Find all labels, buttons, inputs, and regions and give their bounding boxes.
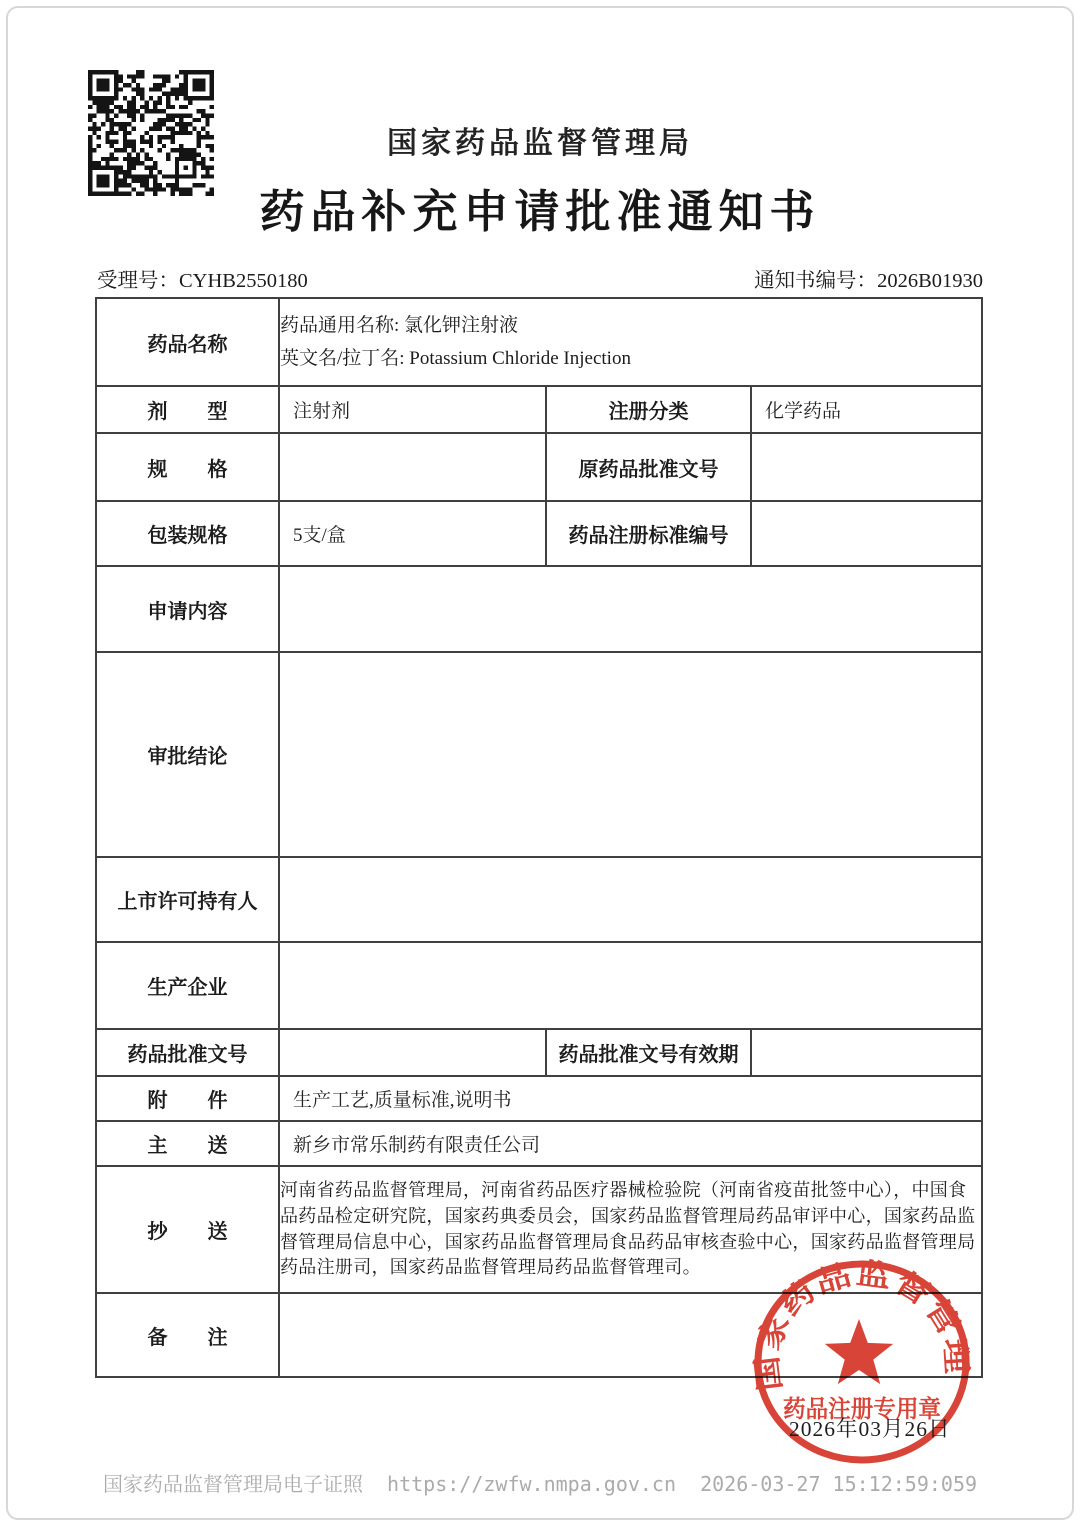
pack-spec-value: 5支/盒 (279, 501, 546, 566)
acceptance-label: 受理号： (97, 270, 179, 292)
table-row: 药品批准文号 药品批准文号有效期 (96, 1029, 982, 1076)
document-title: 药品补充申请批准通知书 (0, 175, 1080, 240)
approval-no-value (279, 1029, 546, 1076)
holder-label: 上市许可持有人 (96, 857, 279, 942)
dosage-form-value: 注射剂 (279, 386, 546, 433)
reference-numbers: 受理号：CYHB2550180 通知书编号：2026B01930 (97, 263, 983, 293)
table-row: 审批结论 (96, 652, 982, 857)
approval-validity-value (751, 1029, 982, 1076)
reg-class-value: 化学药品 (751, 386, 982, 433)
main-recipient-label: 主 送 (96, 1121, 279, 1166)
seal-star (825, 1319, 893, 1384)
conclusion-label: 审批结论 (96, 652, 279, 857)
orig-approval-no-label: 原药品批准文号 (546, 433, 751, 501)
acceptance-value: CYHB2550180 (179, 270, 308, 292)
main-recipient-value: 新乡市常乐制药有限责任公司 (279, 1121, 982, 1166)
agency-name: 国家药品监督管理局 (0, 118, 1080, 162)
reg-std-no-value (751, 501, 982, 566)
manufacturer-label: 生产企业 (96, 942, 279, 1029)
approval-no-label: 药品批准文号 (96, 1029, 279, 1076)
table-row: 上市许可持有人 (96, 857, 982, 942)
table-row: 主 送 新乡市常乐制药有限责任公司 (96, 1121, 982, 1166)
notice-value: 2026B01930 (877, 270, 983, 292)
remarks-label: 备 注 (96, 1293, 279, 1377)
table-row: 剂 型 注射剂 注册分类 化学药品 (96, 386, 982, 433)
acceptance-number: 受理号：CYHB2550180 (97, 263, 308, 293)
approval-table: 药品名称 药品通用名称: 氯化钾注射液 英文名/拉丁名: Potassium C… (95, 297, 983, 1378)
reg-std-no-label: 药品注册标准编号 (546, 501, 751, 566)
attachments-label: 附 件 (96, 1076, 279, 1121)
notice-number: 通知书编号：2026B01930 (754, 263, 983, 293)
table-row: 生产企业 (96, 942, 982, 1029)
seal-ring-text: 国家药品监督管理局 (751, 1257, 973, 1393)
application-value (279, 566, 982, 652)
spec-label: 规 格 (96, 433, 279, 501)
spec-value (279, 433, 546, 501)
reg-class-label: 注册分类 (546, 386, 751, 433)
pack-spec-label: 包装规格 (96, 501, 279, 566)
footer-certificate-line: 国家药品监督管理局电子证照 https://zwfw.nmpa.gov.cn 2… (0, 1468, 1080, 1497)
table-row: 包装规格 5支/盒 药品注册标准编号 (96, 501, 982, 566)
notice-label: 通知书编号： (754, 270, 877, 292)
holder-value (279, 857, 982, 942)
drug-name-value: 药品通用名称: 氯化钾注射液 英文名/拉丁名: Potassium Chlori… (279, 298, 982, 386)
manufacturer-value (279, 942, 982, 1029)
seal-date: 2026年03月26日 (789, 1412, 951, 1443)
cc-label: 抄 送 (96, 1166, 279, 1293)
table-row: 附 件 生产工艺,质量标准,说明书 (96, 1076, 982, 1121)
approval-notice-document: 国家药品监督管理局 药品补充申请批准通知书 受理号：CYHB2550180 通知… (0, 0, 1080, 1526)
application-label: 申请内容 (96, 566, 279, 652)
english-name: 英文名/拉丁名: Potassium Chloride Injection (280, 342, 981, 375)
approval-validity-label: 药品批准文号有效期 (546, 1029, 751, 1076)
table-row: 药品名称 药品通用名称: 氯化钾注射液 英文名/拉丁名: Potassium C… (96, 298, 982, 386)
conclusion-value (279, 652, 982, 857)
attachments-value: 生产工艺,质量标准,说明书 (279, 1076, 982, 1121)
drug-name-label: 药品名称 (96, 298, 279, 386)
table-row: 申请内容 (96, 566, 982, 652)
table-row: 规 格 原药品批准文号 (96, 433, 982, 501)
dosage-form-label: 剂 型 (96, 386, 279, 433)
orig-approval-no-value (751, 433, 982, 501)
generic-name: 药品通用名称: 氯化钾注射液 (280, 309, 981, 342)
